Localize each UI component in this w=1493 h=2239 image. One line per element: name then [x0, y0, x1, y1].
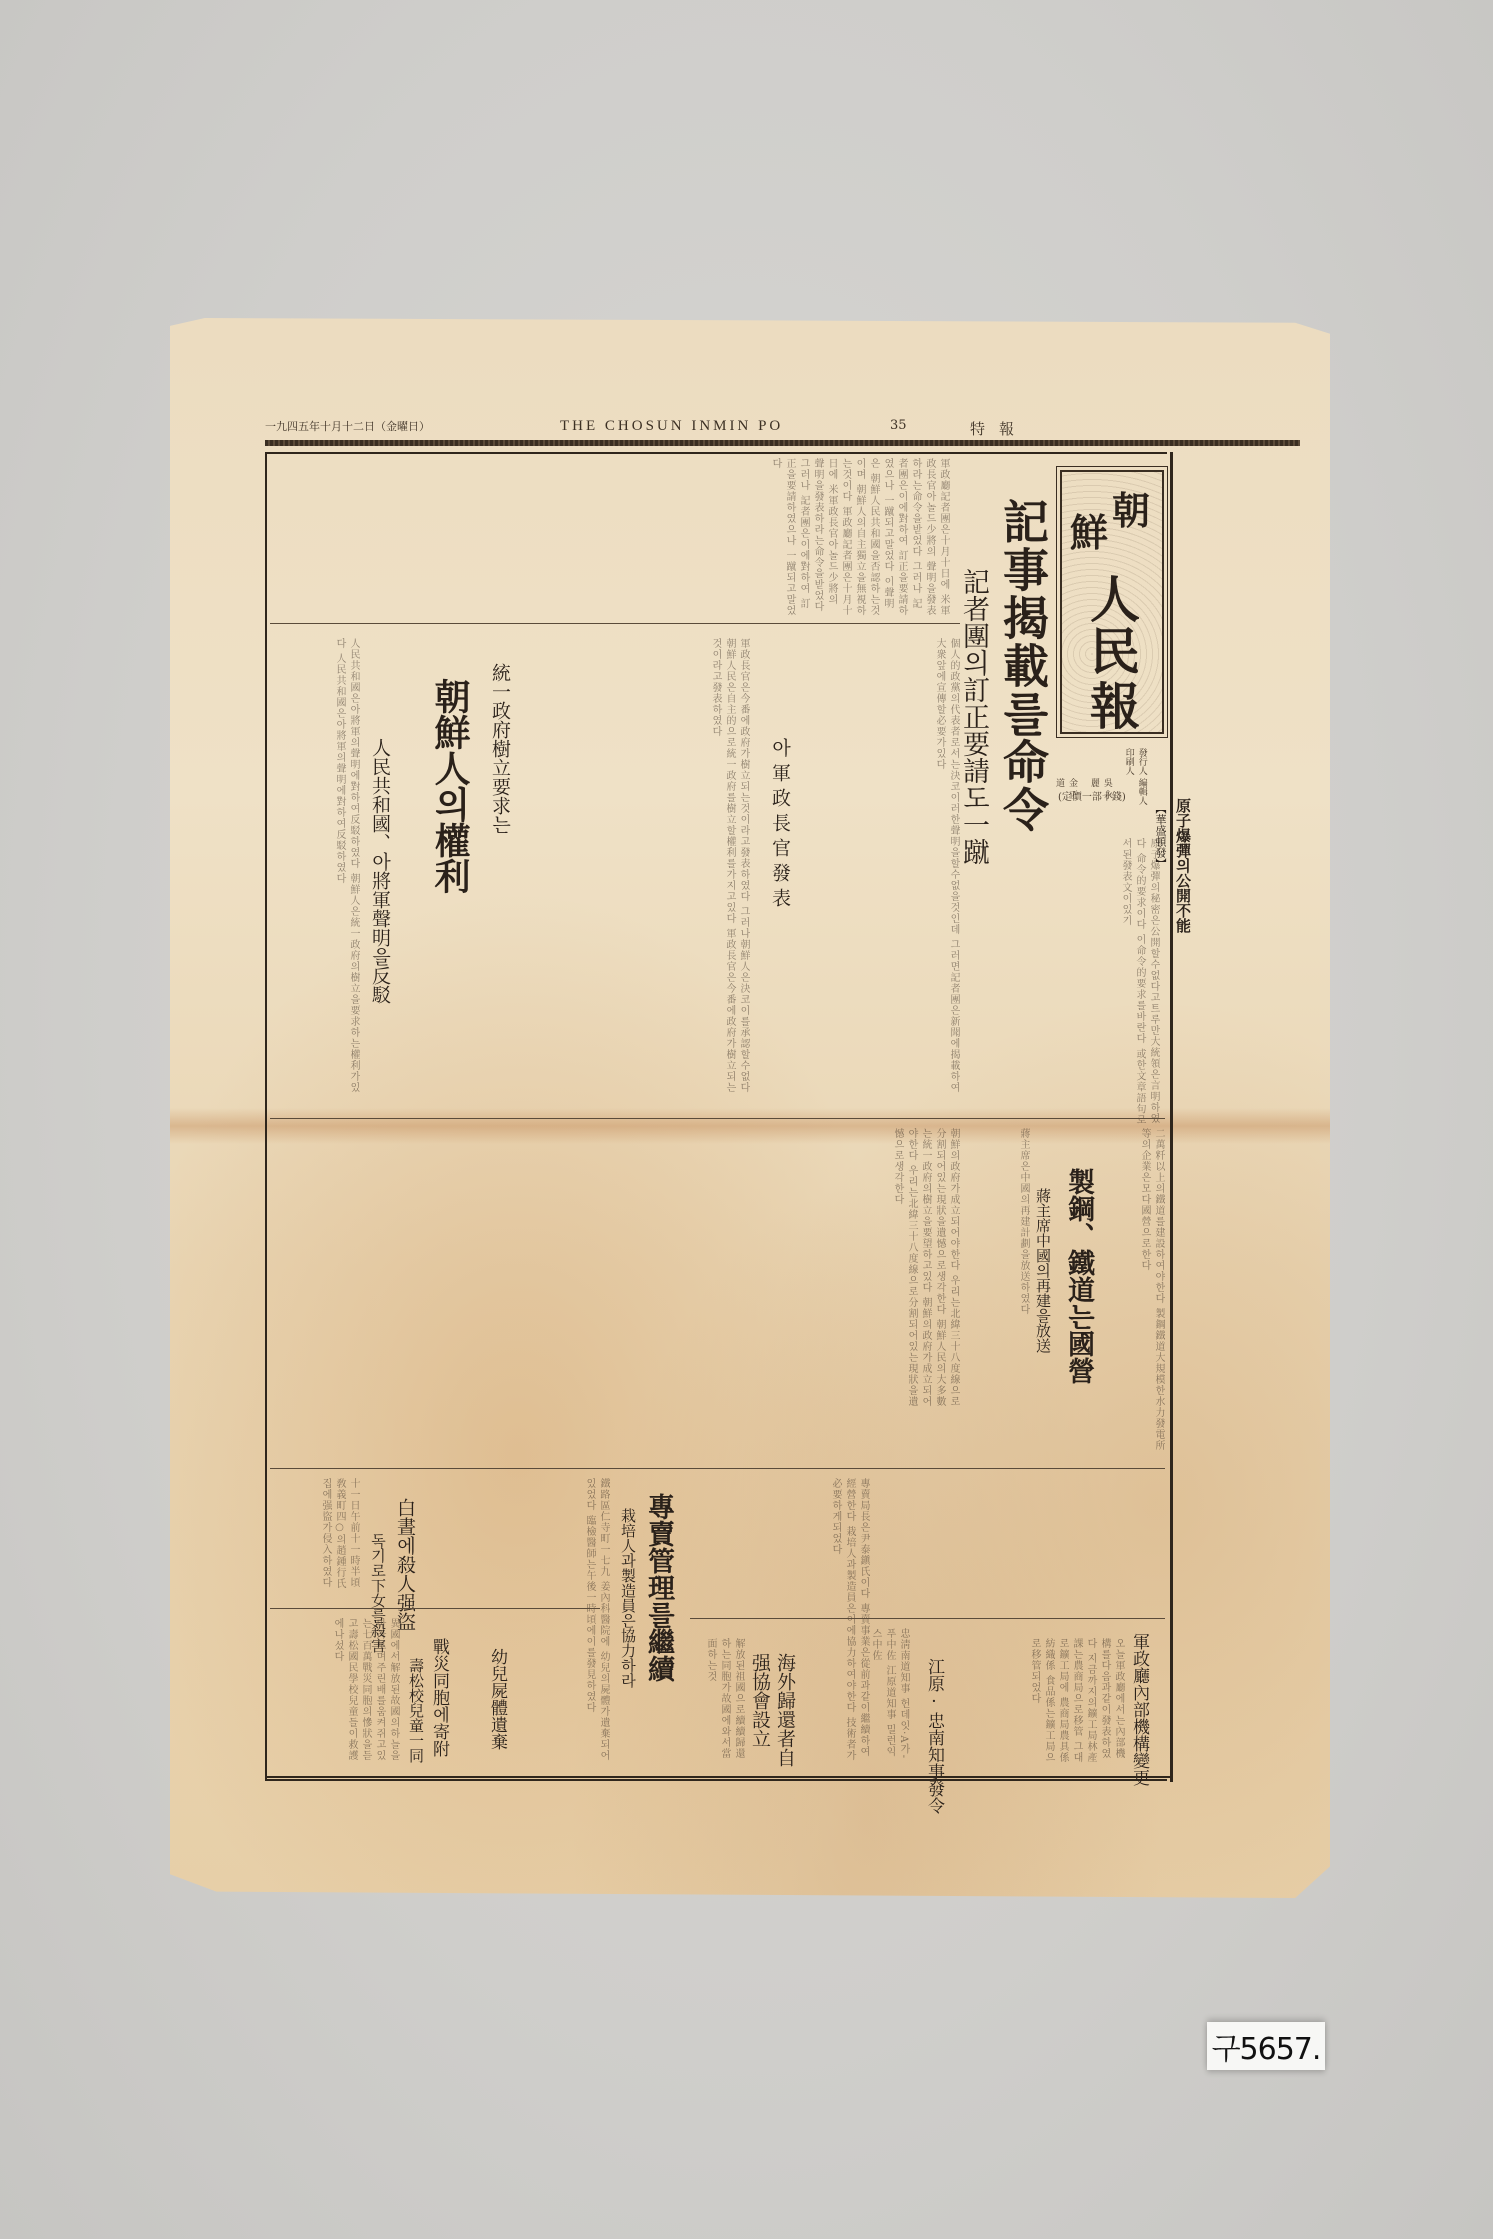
right-frame-rule	[1170, 452, 1173, 1782]
repatriates-subheadline: 强協會設立	[750, 1653, 769, 1748]
newspaper-latin-title: THE CHOSUN INMIN PO	[560, 418, 783, 435]
atomic-bomb-headline: 原子爆彈의公開不能	[1175, 798, 1190, 933]
edition-label: 特報	[970, 418, 1028, 439]
unified-government-kicker: 統一政府樹立要求는	[490, 663, 509, 834]
section-rule	[270, 623, 960, 624]
price: (定價一部十錢)	[1058, 788, 1126, 803]
article-body: 忠淸南道知事 헌데잇·A가-푸中佐 江原道知事 밀런익스中佐	[810, 1628, 910, 1768]
bottom-rule	[265, 1776, 1170, 1778]
article-body: 異國에서解放된故國의하늘을바라보며주린배를움켜쥐고있는七百萬戰災同胞의慘狀을듣고…	[270, 1618, 400, 1768]
logo-char: 鮮	[1070, 502, 1108, 557]
masthead-logo: 朝 鮮 人 民 報	[1060, 470, 1164, 734]
monopoly-headline: 專賣管理를繼續	[645, 1493, 672, 1682]
article-body: 十一日午前十一時半頃敎義町四○의趙鍾行氏집에强盜가侵入하였다	[270, 1478, 360, 1598]
header-rule	[265, 440, 1300, 446]
unified-government-subheadline: 人民共和國、아將軍聲明을反駁	[370, 738, 389, 1004]
infant-headline: 幼兒屍體遺棄	[488, 1648, 505, 1750]
unified-government-headline: 朝鮮人의權利	[432, 678, 468, 894]
article-body: 個人的政黨의代表者로서는決코이러한聲明을할수없을것인데 그러면記者團은新聞에揭載…	[800, 638, 960, 1098]
article-body: 人民共和國은아將軍의聲明에對하여反駁하였다 朝鮮人은統一政府의樹立을要求하는權利…	[270, 638, 360, 1098]
steel-railways-subheadline: 蔣主席中國의再建을放送	[1035, 1188, 1050, 1353]
publisher-label: 發行人 編輯人 印刷人	[1123, 748, 1149, 808]
section-rule	[270, 1608, 600, 1609]
logo-char: 朝	[1112, 480, 1150, 535]
article-body: 軍政長官은今番에政府가樹立되는것이라고發表하였다 그러나朝鮮人은決코이를承認할수…	[550, 638, 750, 1098]
section-rule	[690, 1618, 1165, 1619]
lead-headline: 記事揭載를命令	[1000, 498, 1046, 834]
lead-subheadline: 記者團의訂正要請도一蹴	[960, 568, 987, 865]
article-body: 軍政廳記者團은十月十日에 米軍政長官아놀드少將의 聲明을發表하라는命令을받었다 …	[270, 458, 950, 618]
article-body: 오늘軍政廳에서는內部機構를다음과같이發表하였다 지금까지의鑛工局林產課는農商局으…	[955, 1638, 1125, 1768]
governor-headline: 江原·忠南知事發令	[925, 1658, 942, 1814]
section-rule	[270, 1118, 1165, 1119]
article-body: 蔣主席은中國의再建計劃을放送하였다	[980, 1128, 1030, 1458]
article-body: 二萬粁以上의鐵道를建設하여야한다 製鋼鐵道大規模한水力發電所等의企業은모다國營으…	[1105, 1128, 1165, 1458]
steel-railways-headline: 製鋼、鐵道는國營	[1065, 1168, 1092, 1384]
archive-label: 구5657.	[1207, 2022, 1325, 2070]
robbery-headline: 白晝에殺人强盜	[395, 1498, 414, 1631]
section-rule	[270, 1468, 1165, 1469]
logo-char: 報	[1090, 667, 1140, 739]
donation-headline: 戰災同胞에寄附	[430, 1638, 447, 1757]
article-body: 朝鮮의政府가成立되어야한다 우리는北緯三十八度線으로分割되어있는現狀을遺憾으로생…	[270, 1128, 960, 1408]
atomic-bomb-dateline: 【華盛頓發】	[1155, 803, 1166, 869]
military-government-headline: 아軍政長官發表	[770, 738, 789, 913]
newspaper-page: 一九四五年十月十二日（金曜日） THE CHOSUN INMIN PO 35 特…	[170, 318, 1330, 1898]
article-body: 原子爆彈의秘密은公開할수없다고트루만大統領은言明하였다 命令的要求이다 이命令的…	[980, 838, 1160, 1128]
article-body: 解放된祖國으로續續歸還하는同胞가故國에와서當面하는것	[700, 1638, 745, 1768]
monopoly-subheadline: 栽培人과製造員은協力하라	[620, 1508, 635, 1688]
repatriates-headline: 海外歸還者自	[775, 1653, 794, 1767]
donation-subheadline: 壽松校兒童一同	[408, 1658, 423, 1763]
issue-number: 35	[890, 418, 907, 433]
military-reorg-headline: 軍政廳內部機構變更	[1130, 1633, 1147, 1786]
issue-date: 一九四五年十月十二日（金曜日）	[265, 418, 430, 434]
